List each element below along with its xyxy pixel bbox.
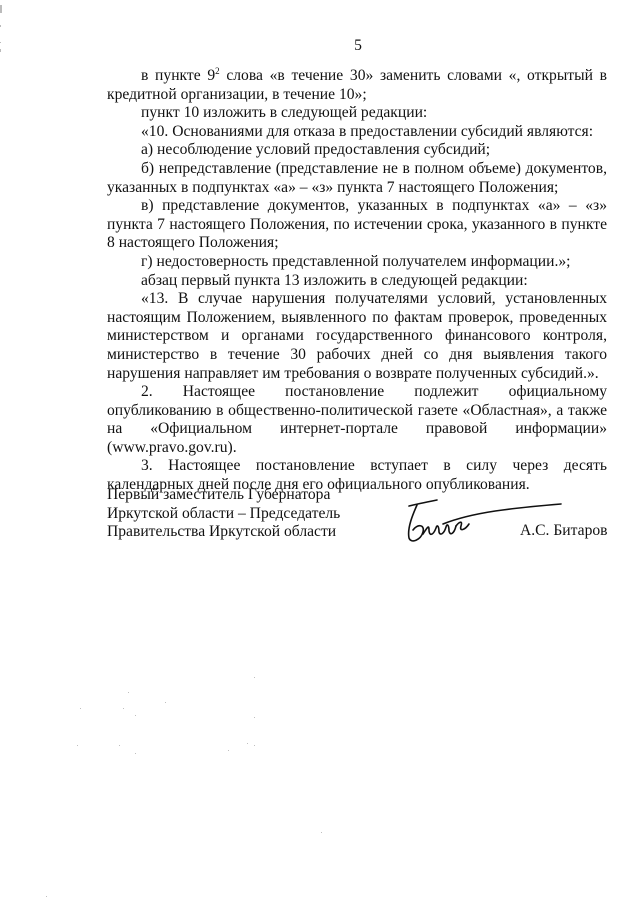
scan-noise (123, 708, 124, 709)
paragraph-text: в пункте 9 (141, 67, 215, 84)
paragraph-item-10: «10. Основаниями для отказа в предоставл… (107, 123, 607, 142)
scan-edge-mark (0, 25, 1, 27)
scan-noise (228, 750, 229, 751)
scan-edge-mark (0, 5, 2, 13)
page-number: 5 (0, 37, 640, 55)
document-body: в пункте 92 слова «в течение 30» заменит… (107, 67, 607, 495)
signer-name: А.С. Битаров (520, 522, 608, 540)
scan-noise (254, 717, 255, 718)
signer-title: Первый заместитель Губернатора Иркутской… (107, 486, 340, 542)
scan-noise (119, 745, 120, 746)
paragraph-subitem-a: а) несоблюдение условий предоставления с… (107, 141, 607, 160)
scan-noise (128, 692, 129, 693)
paragraph-item-10-intro: пункт 10 изложить в следующей редакции: (107, 104, 607, 123)
signer-title-line: Первый заместитель Губернатора (107, 486, 340, 505)
paragraph-item-13-intro: абзац первый пункта 13 изложить в следую… (107, 272, 607, 291)
scan-noise (135, 715, 136, 716)
paragraph-item-13: «13. В случае нарушения получателями усл… (107, 290, 607, 383)
scan-noise (80, 708, 81, 709)
signature-block: Первый заместитель Губернатора Иркутской… (107, 486, 627, 556)
scan-noise (46, 896, 47, 897)
paragraph-publication: 2. Настоящее постановление подлежит офиц… (107, 383, 607, 457)
scan-noise (321, 832, 322, 833)
scan-noise (254, 677, 255, 678)
scan-noise (135, 753, 136, 754)
scan-noise (247, 743, 248, 744)
paragraph-subitem-v: в) представление документов, указанных в… (107, 197, 607, 253)
paragraph-subitem-b: б) непредставление (представление не в п… (107, 160, 607, 197)
document-page: 5 в пункте 92 слова «в течение 30» замен… (0, 0, 640, 905)
scan-noise (165, 702, 166, 703)
signer-title-line: Иркутской области – Председатель (107, 505, 340, 524)
signer-title-line: Правительства Иркутской области (107, 523, 340, 542)
scan-noise (254, 745, 255, 746)
paragraph-subitem-g: г) недостоверность представленной получа… (107, 253, 607, 272)
paragraph-amend-9-2: в пункте 92 слова «в течение 30» заменит… (107, 67, 607, 104)
scan-noise (77, 745, 78, 746)
